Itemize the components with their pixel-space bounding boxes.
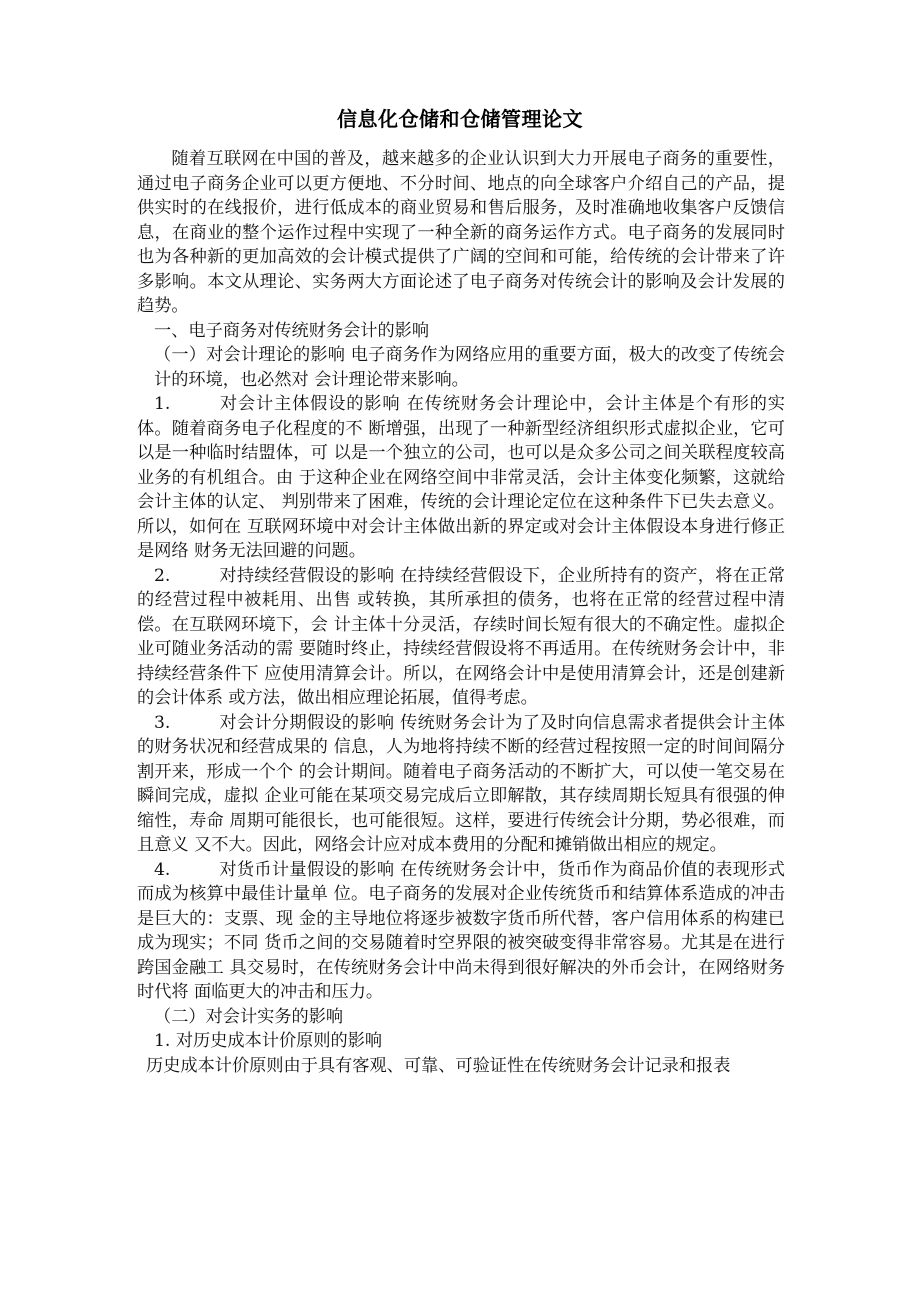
list-item: 2.对持续经营假设的影响 在持续经营假设下，企业所持有的资产，将在正常的经营过程… xyxy=(137,564,785,711)
list-item-number: 2. xyxy=(154,564,219,589)
document-page: 信息化仓储和仓储管理论文 随着互联网在中国的普及，越来越多的企业认识到大力开展电… xyxy=(0,0,920,1302)
list-item-text: 对持续经营假设的影响 在持续经营假设下，企业所持有的资产，将在正常的经营过程中被… xyxy=(137,566,785,709)
list-item: 4.对货币计量假设的影响 在传统财务会计中，货币作为商品价值的表现形式而成为核算… xyxy=(137,858,785,1005)
subsection-heading-theory: （一）对会计理论的影响 电子商务作为网络应用的重要方面，极大的改变了传统会计的环… xyxy=(137,343,785,392)
subsection-heading-practice: （二）对会计实务的影响 xyxy=(137,1005,785,1030)
section-heading: 一、电子商务对传统财务会计的影响 xyxy=(137,319,785,344)
document-title: 信息化仓储和仓储管理论文 xyxy=(0,103,920,132)
document-body: 随着互联网在中国的普及，越来越多的企业认识到大力开展电子商务的重要性，通过电子商… xyxy=(137,147,785,1078)
list-item-text: 对会计主体假设的影响 在传统财务会计理论中，会计主体是个有形的实体。随着商务电子… xyxy=(137,394,785,561)
list-item: 3.对会计分期假设的影响 传统财务会计为了及时向信息需求者提供会计主体的财务状况… xyxy=(137,711,785,858)
list-item-number: 1. xyxy=(154,392,219,417)
list-item: 1.对会计主体假设的影响 在传统财务会计理论中，会计主体是个有形的实体。随着商务… xyxy=(137,392,785,564)
intro-paragraph: 随着互联网在中国的普及，越来越多的企业认识到大力开展电子商务的重要性，通过电子商… xyxy=(137,147,785,319)
list-item-number: 3. xyxy=(154,711,219,736)
list-item-number: 4. xyxy=(154,858,219,883)
item-paragraph: 历史成本计价原则由于具有客观、可靠、可验证性在传统财务会计记录和报表 xyxy=(137,1054,785,1079)
list-item-text: 对货币计量假设的影响 在传统财务会计中，货币作为商品价值的表现形式而成为核算中最… xyxy=(137,860,785,1003)
list-item-text: 对会计分期假设的影响 传统财务会计为了及时向信息需求者提供会计主体的财务状况和经… xyxy=(137,713,785,856)
item-heading: 1. 对历史成本计价原则的影响 xyxy=(137,1029,785,1054)
